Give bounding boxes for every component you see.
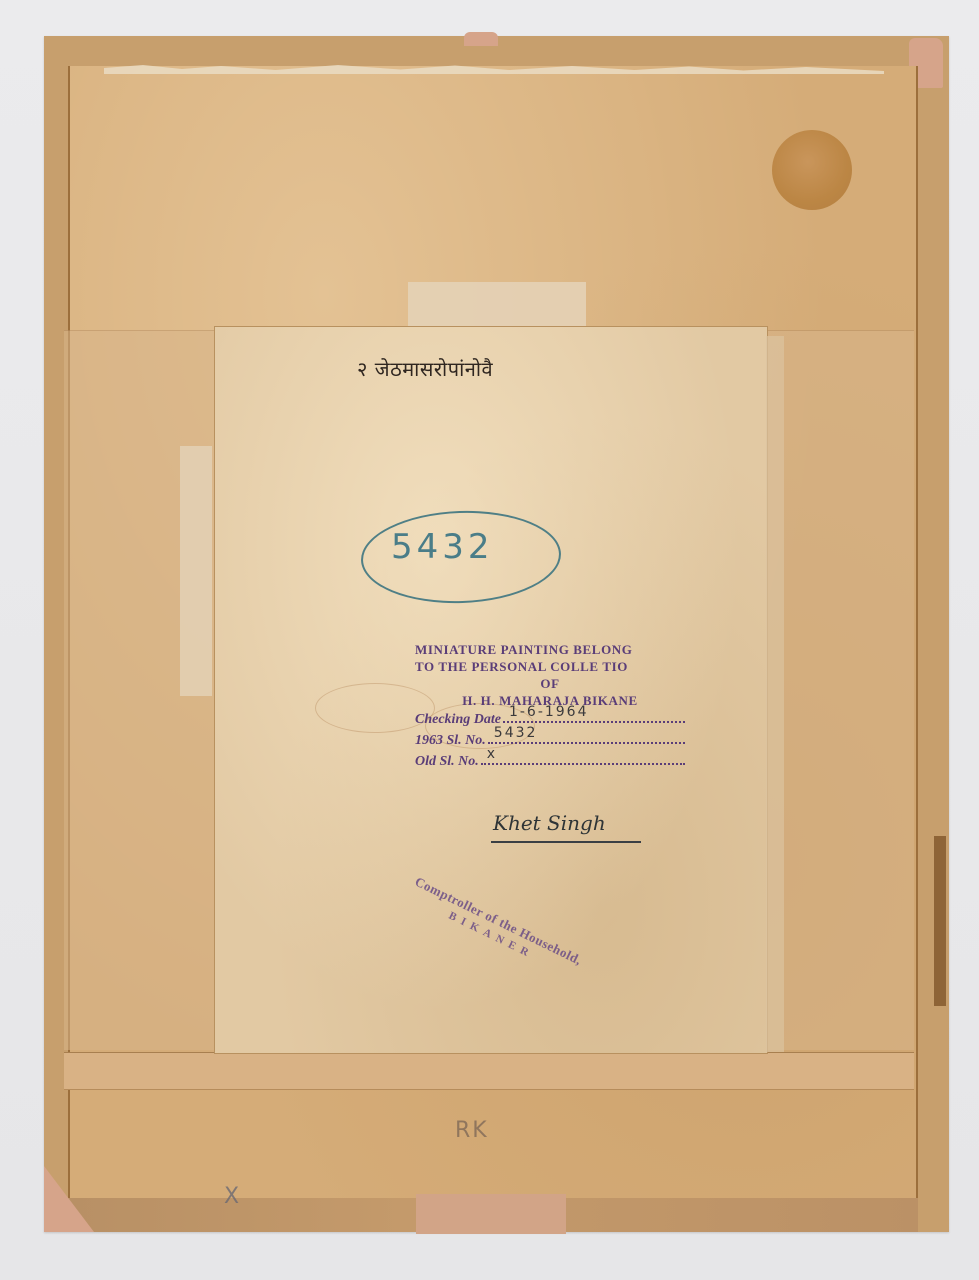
ownership-stamp: MINIATURE PAINTING BELONG TO THE PERSONA… xyxy=(415,641,685,772)
bottom-paper-tab xyxy=(416,1194,566,1234)
signature-underline xyxy=(491,841,641,843)
paper-tape-right xyxy=(766,336,784,1052)
dotted-line: 5432 xyxy=(488,730,685,744)
old-serial-number-value: x xyxy=(487,744,497,765)
field-label: 1963 Sl. No. xyxy=(415,730,486,751)
devanagari-inscription: २ जेठमासरोपांनोवै xyxy=(357,355,493,382)
household-stamp-line-2: BIKANER xyxy=(372,873,611,998)
household-stamp-line-1: Comptroller of the Household, xyxy=(378,857,619,985)
stamp-line-1: MINIATURE PAINTING BELONG xyxy=(415,641,685,658)
signature: Khet Singh xyxy=(493,811,606,835)
pencil-initials: RK xyxy=(455,1118,489,1143)
field-label: Old Sl. No. xyxy=(415,751,479,772)
dotted-line: 1-6-1964 xyxy=(503,709,685,723)
serial-number-field: 1963 Sl. No. 5432 xyxy=(415,730,685,751)
inventory-number: 5432 xyxy=(391,527,494,567)
stamp-line-2: TO THE PERSONAL COLLE TIO xyxy=(415,658,685,675)
pencil-x-mark: X xyxy=(224,1184,239,1209)
stamp-line-3: OF xyxy=(415,675,685,692)
paper-tape-left xyxy=(180,446,212,696)
dotted-line: x xyxy=(481,751,685,765)
household-stamp: Comptroller of the Household, BIKANER xyxy=(372,857,619,998)
painting-back-sheet: २ जेठमासरोपांनोवै 5432 MINIATURE PAINTIN… xyxy=(214,326,768,1054)
right-edge-flap xyxy=(934,836,946,1006)
top-paper-tab xyxy=(464,32,498,46)
old-serial-number-field: Old Sl. No. x xyxy=(415,751,685,772)
checking-date-value: 1-6-1964 xyxy=(509,702,589,723)
bottom-hinge-strip xyxy=(64,1052,914,1090)
field-label: Checking Date xyxy=(415,709,501,730)
serial-number-value: 5432 xyxy=(494,723,538,744)
paper-tape-top xyxy=(408,282,586,330)
checking-date-field: Checking Date 1-6-1964 xyxy=(415,709,685,730)
round-seal-mark xyxy=(772,130,852,210)
